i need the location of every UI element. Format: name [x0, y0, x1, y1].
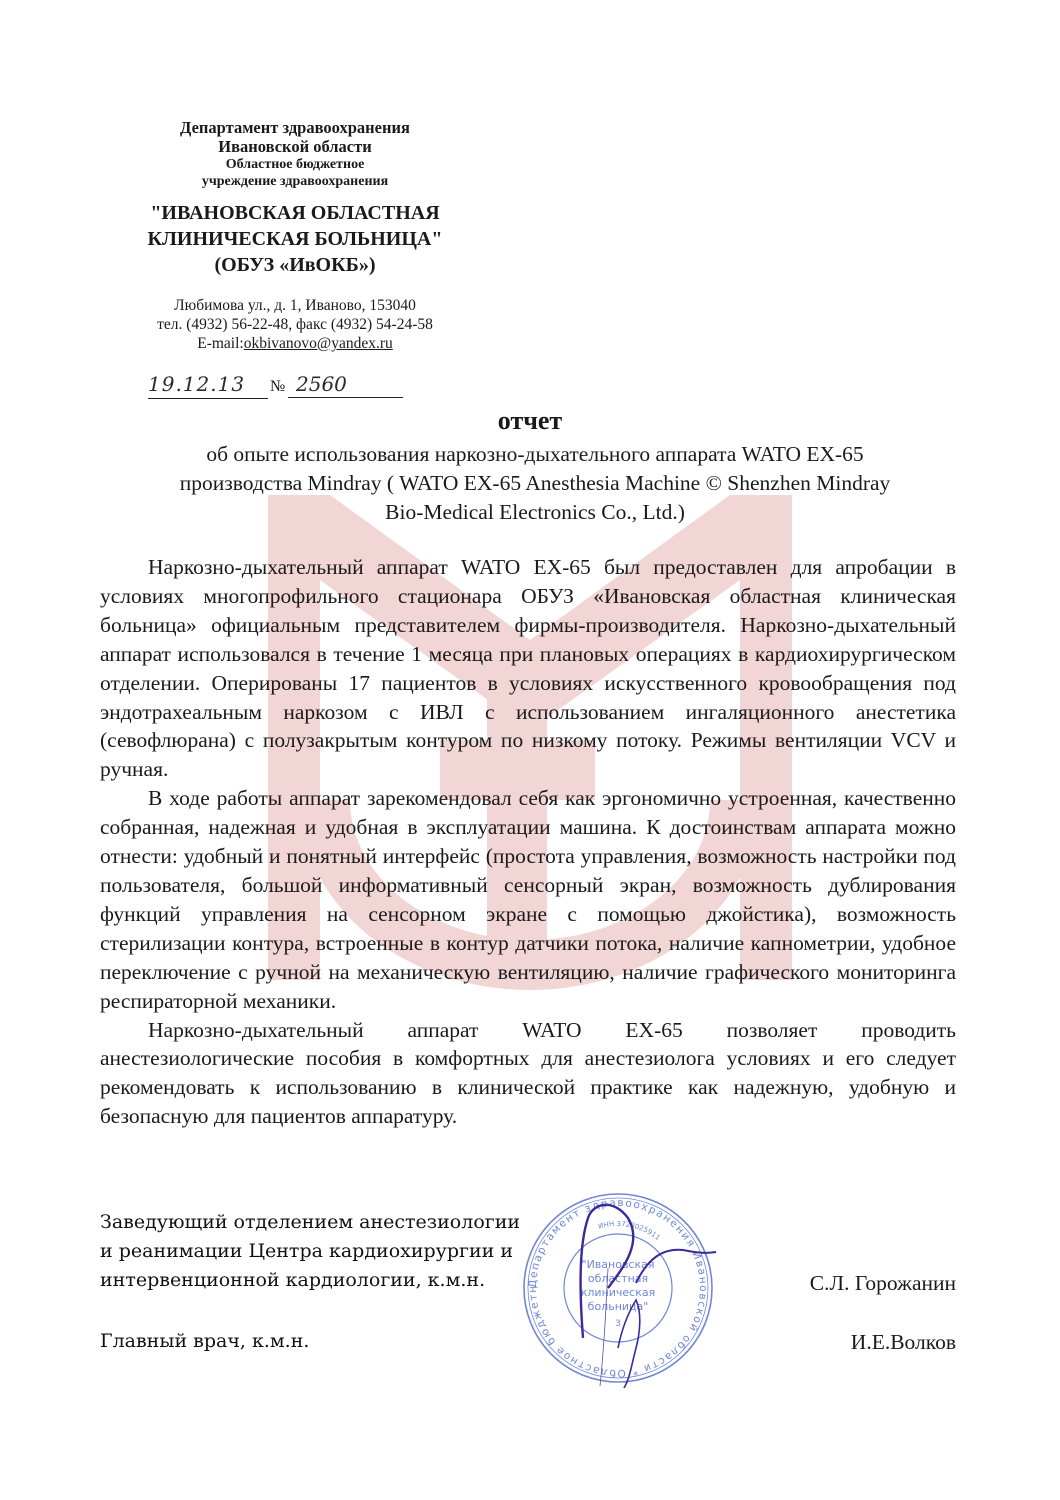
- subtitle-line2: производства Mindray ( WATO EX-65 Anesth…: [110, 469, 960, 498]
- institution-type-line1: Областное бюджетное: [100, 156, 490, 173]
- subtitle-line1: об опыте использования наркозно-дыхатель…: [110, 440, 960, 469]
- head-title-line2: и реанимации Центра кардиохирургии и: [100, 1237, 520, 1266]
- phone-fax: тел. (4932) 56-22-48, факс (4932) 54-24-…: [100, 315, 490, 334]
- department-region: Ивановской области: [100, 137, 490, 156]
- letterhead: Департамент здравоохранения Ивановской о…: [100, 118, 490, 353]
- organization-name: "ИВАНОВСКАЯ ОБЛАСТНАЯ КЛИНИЧЕСКАЯ БОЛЬНИ…: [100, 200, 490, 278]
- registration-number: 2560: [288, 372, 403, 398]
- head-of-department-title: Заведующий отделением анестезиологии и р…: [100, 1208, 520, 1295]
- paragraph-advantages: В ходе работы аппарат зарекомендовал себ…: [100, 784, 956, 1015]
- registration-date: 19.12.13: [148, 372, 268, 399]
- head-title-line1: Заведующий отделением анестезиологии: [100, 1208, 520, 1237]
- email-label: E-mail:: [197, 335, 244, 352]
- document-subtitle: об опыте использования наркозно-дыхатель…: [110, 440, 960, 527]
- paragraph-usage: Наркозно-дыхательный аппарат WATO EX-65 …: [100, 553, 956, 784]
- document-title: отчет: [0, 406, 1060, 436]
- stamp-center-line3: клиническая: [581, 1286, 655, 1299]
- registration-line: 19.12.13 № 2560: [138, 372, 408, 402]
- stamp-center-number: 3: [615, 1319, 621, 1329]
- number-sign: №: [270, 378, 285, 396]
- document-body: Наркозно-дыхательный аппарат WATO EX-65 …: [100, 553, 956, 1131]
- organization-name-line1: "ИВАНОВСКАЯ ОБЛАСТНАЯ: [100, 200, 490, 226]
- email-line: E-mail:okbivanovo@yandex.ru: [100, 334, 490, 353]
- department-name: Департамент здравоохранения: [100, 118, 490, 137]
- organization-short-name: (ОБУЗ «ИвОКБ»): [100, 252, 490, 278]
- organization-name-line2: КЛИНИЧЕСКАЯ БОЛЬНИЦА": [100, 226, 490, 252]
- institution-type-line2: учреждение здравоохранения: [100, 173, 490, 190]
- head-of-department-name: С.Л. Горожанин: [810, 1271, 956, 1296]
- address: Любимова ул., д. 1, Иваново, 153040: [100, 296, 490, 315]
- contact-block: Любимова ул., д. 1, Иваново, 153040 тел.…: [100, 296, 490, 353]
- paragraph-conclusion: Наркозно-дыхательный аппарат WATO EX-65 …: [100, 1016, 956, 1132]
- chief-physician-name: И.Е.Волков: [851, 1330, 956, 1355]
- email-link[interactable]: okbivanovo@yandex.ru: [244, 335, 393, 352]
- head-title-line3: интервенционной кардиологии, к.м.н.: [100, 1266, 520, 1295]
- subtitle-line3: Bio-Medical Electronics Co., Ltd.): [110, 498, 960, 527]
- chief-physician-title: Главный врач, к.м.н.: [100, 1330, 309, 1352]
- official-stamp-icon: Департамент здравоохранения Ивановской о…: [518, 1188, 718, 1388]
